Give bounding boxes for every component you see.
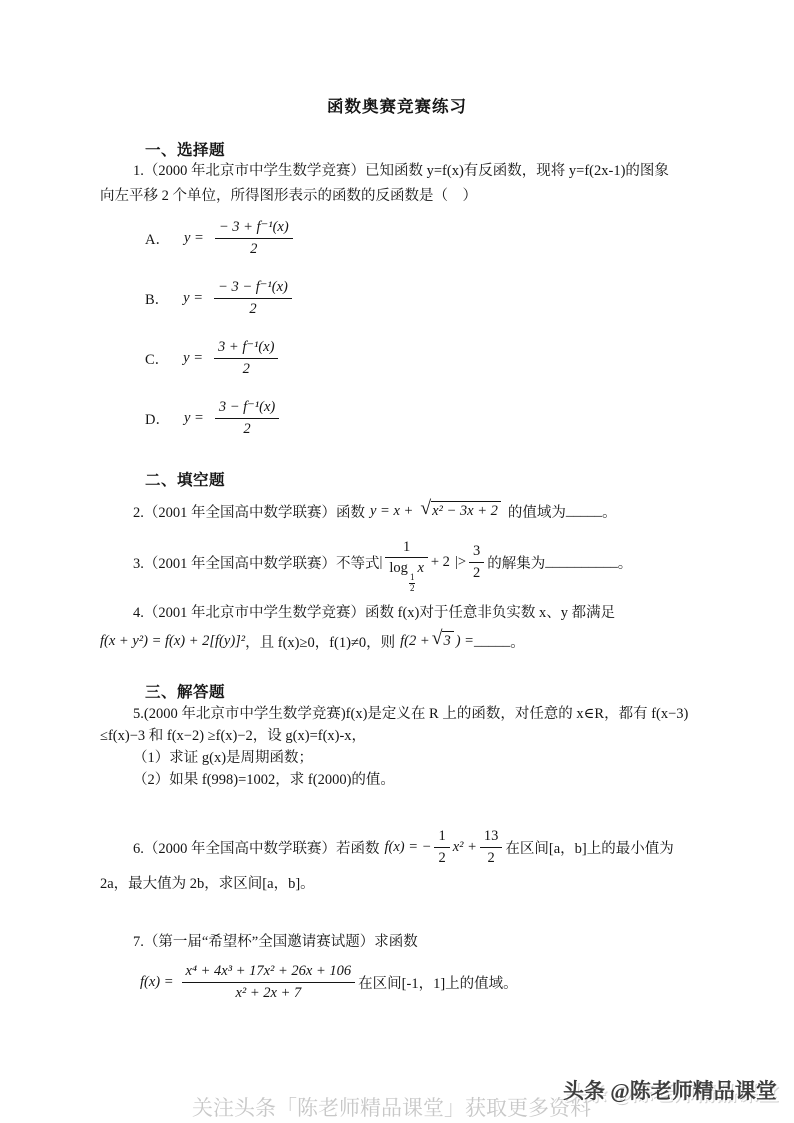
option-a-lhs: y = <box>184 230 204 247</box>
q3: 3.（2001 年全国高中数学联赛）不等式 | 1 log12x + 2 |> … <box>100 534 632 590</box>
q1-line2: 向左平移 2 个单位，所得图形表示的函数的反函数是（ ） <box>100 184 700 205</box>
q3-fraction-2: 3 2 <box>469 542 484 581</box>
q4-tail-pre: f(2 + <box>400 633 430 650</box>
q1-line1: 1.（2000 年北京市中学生数学竞赛）已知函数 y=f(x)有反函数，现将 y… <box>100 159 700 180</box>
fraction-numerator: 13 <box>480 827 503 848</box>
option-b-label: B． <box>145 288 169 309</box>
option-d-label: D． <box>145 408 170 429</box>
q4-tail-close: ) = <box>456 633 474 650</box>
q4-line1: 4.（2001 年北京市中学生数学竞赛）函数 f(x)对于任意非负实数 x、y … <box>100 601 700 622</box>
q2-post: 的值域为 <box>508 501 566 522</box>
q4-formula: f(x + y²) = f(x) + 2[f(y)]² <box>100 633 245 650</box>
fraction-numerator: 3 + f⁻¹(x) <box>214 338 278 359</box>
q3-close-bar: |> <box>455 554 466 571</box>
q3-fraction-1: 1 log12x <box>385 538 427 586</box>
fraction-denominator: 2 <box>215 419 279 438</box>
option-d-fraction: 3 − f⁻¹(x) 2 <box>215 398 279 437</box>
fraction-numerator: − 3 + f⁻¹(x) <box>215 218 293 239</box>
log-base-den: 2 <box>409 584 416 594</box>
q5-item2: （2）如果 f(998)=1002，求 f(2000)的值。 <box>100 768 700 789</box>
q3-blank: __________ <box>545 554 618 571</box>
q2-text: 2.（2001 年全国高中数学联赛）函数 <box>133 501 365 522</box>
option-a: A． y = − 3 + f⁻¹(x) 2 <box>145 217 296 259</box>
q3-plus-two: + 2 <box>431 554 450 571</box>
q6-text: 6.（2000 年全国高中数学联赛）若函数 <box>133 837 380 858</box>
q7-fx: f(x) = <box>140 974 174 991</box>
q5-line1: 5.(2000 年北京市中学生数学竞赛)f(x)是定义在 R 上的函数，对任意的… <box>100 702 700 723</box>
q6-line2: 2a，最大值为 2b，求区间[a，b]。 <box>100 872 700 893</box>
document-page: 函数奥赛竞赛练习 一、选择题 1.（2000 年北京市中学生数学竞赛）已知函数 … <box>0 0 794 1123</box>
q2-radical: √x² − 3x + 2 <box>420 501 501 521</box>
q7-fraction: x⁴ + 4x³ + 17x² + 26x + 106 x² + 2x + 7 <box>182 962 356 1001</box>
option-b-lhs: y = <box>183 290 203 307</box>
option-c: C． y = 3 + f⁻¹(x) 2 <box>145 337 281 379</box>
option-d: D． y = 3 − f⁻¹(x) 2 <box>145 397 282 439</box>
section-heading-choice: 一、选择题 <box>145 138 225 160</box>
q6-fx: f(x) = − <box>385 839 432 856</box>
fraction-numerator: − 3 − f⁻¹(x) <box>214 278 292 299</box>
page-title: 函数奥赛竞赛练习 <box>0 93 794 117</box>
q4-radicand: 3 <box>442 631 453 650</box>
fraction-denominator: 2 <box>469 563 484 582</box>
log-label: log <box>389 560 408 576</box>
fraction-denominator: x² + 2x + 7 <box>182 983 356 1002</box>
fraction-numerator: 3 <box>469 542 484 563</box>
fraction-numerator: 3 − f⁻¹(x) <box>215 398 279 419</box>
q3-text: 3.（2001 年全国高中数学联赛）不等式 <box>133 552 380 573</box>
option-a-fraction: − 3 + f⁻¹(x) 2 <box>215 218 293 257</box>
q5-line2: ≤f(x)−3 和 f(x−2) ≥f(x)−2，设 g(x)=f(x)-x， <box>100 724 700 745</box>
log-argument: x <box>417 560 423 576</box>
q6-post: 在区间[a，b]上的最小值为 <box>505 837 673 858</box>
fraction-denominator: 2 <box>215 239 293 258</box>
q2-blank: _____ <box>566 503 602 520</box>
fraction-denominator: 2 <box>214 299 292 318</box>
q4-radical: √3 <box>432 631 454 651</box>
q2-period: 。 <box>602 501 617 522</box>
option-d-lhs: y = <box>184 410 204 427</box>
q7-line1: 7.（第一届“希望杯”全国邀请赛试题）求函数 <box>100 930 700 951</box>
q2-radicand: x² − 3x + 2 <box>431 501 501 520</box>
watermark-account-badge: 头条 @陈老师精品课堂 <box>563 1075 777 1105</box>
option-c-label: C． <box>145 348 169 369</box>
q3-post: 的解集为 <box>487 552 545 573</box>
q4-mid: ，且 f(x)≥0，f(1)≠0，则 <box>245 631 395 652</box>
option-a-label: A． <box>145 228 170 249</box>
fraction-numerator: x⁴ + 4x³ + 17x² + 26x + 106 <box>182 962 356 983</box>
q4-blank: _____ <box>474 633 510 650</box>
fraction-denominator: 2 <box>480 848 503 867</box>
watermark-follow-text: 关注头条「陈老师精品课堂」获取更多资料 <box>192 1092 591 1122</box>
section-heading-blank: 二、填空题 <box>145 468 225 490</box>
option-b: B． y = − 3 − f⁻¹(x) 2 <box>145 277 295 319</box>
option-c-lhs: y = <box>183 350 203 367</box>
fraction-denominator: log12x <box>385 558 427 586</box>
q2-lhs: y = x + <box>370 503 413 520</box>
q6-fraction-1: 1 2 <box>434 827 449 866</box>
q6-mid: x² + <box>453 839 477 856</box>
q5-item1: （1）求证 g(x)是周期函数； <box>100 746 700 767</box>
q3-period: 。 <box>618 552 633 573</box>
option-c-fraction: 3 + f⁻¹(x) 2 <box>214 338 278 377</box>
q6-line1: 6.（2000 年全国高中数学联赛）若函数 f(x) = − 1 2 x² + … <box>100 826 674 868</box>
q3-open-bar: | <box>380 554 383 571</box>
fraction-numerator: 1 <box>434 827 449 848</box>
fraction-numerator: 1 <box>385 538 427 559</box>
q4-period: 。 <box>510 631 525 652</box>
q7-post: 在区间[-1，1]上的值域。 <box>358 972 518 993</box>
q4-line2: f(x + y²) = f(x) + 2[f(y)]² ，且 f(x)≥0，f(… <box>100 624 525 658</box>
q6-fraction-2: 13 2 <box>480 827 503 866</box>
section-heading-answer: 三、解答题 <box>145 680 225 702</box>
fraction-denominator: 2 <box>214 359 278 378</box>
radical-icon: √ <box>432 629 443 649</box>
q2: 2.（2001 年全国高中数学联赛）函数 y = x + √x² − 3x + … <box>100 493 617 529</box>
log-base-half: 12 <box>409 573 416 594</box>
option-b-fraction: − 3 − f⁻¹(x) 2 <box>214 278 292 317</box>
fraction-denominator: 2 <box>434 848 449 867</box>
q7-formula-row: f(x) = x⁴ + 4x³ + 17x² + 26x + 106 x² + … <box>140 956 518 1008</box>
radical-icon: √ <box>420 499 431 519</box>
